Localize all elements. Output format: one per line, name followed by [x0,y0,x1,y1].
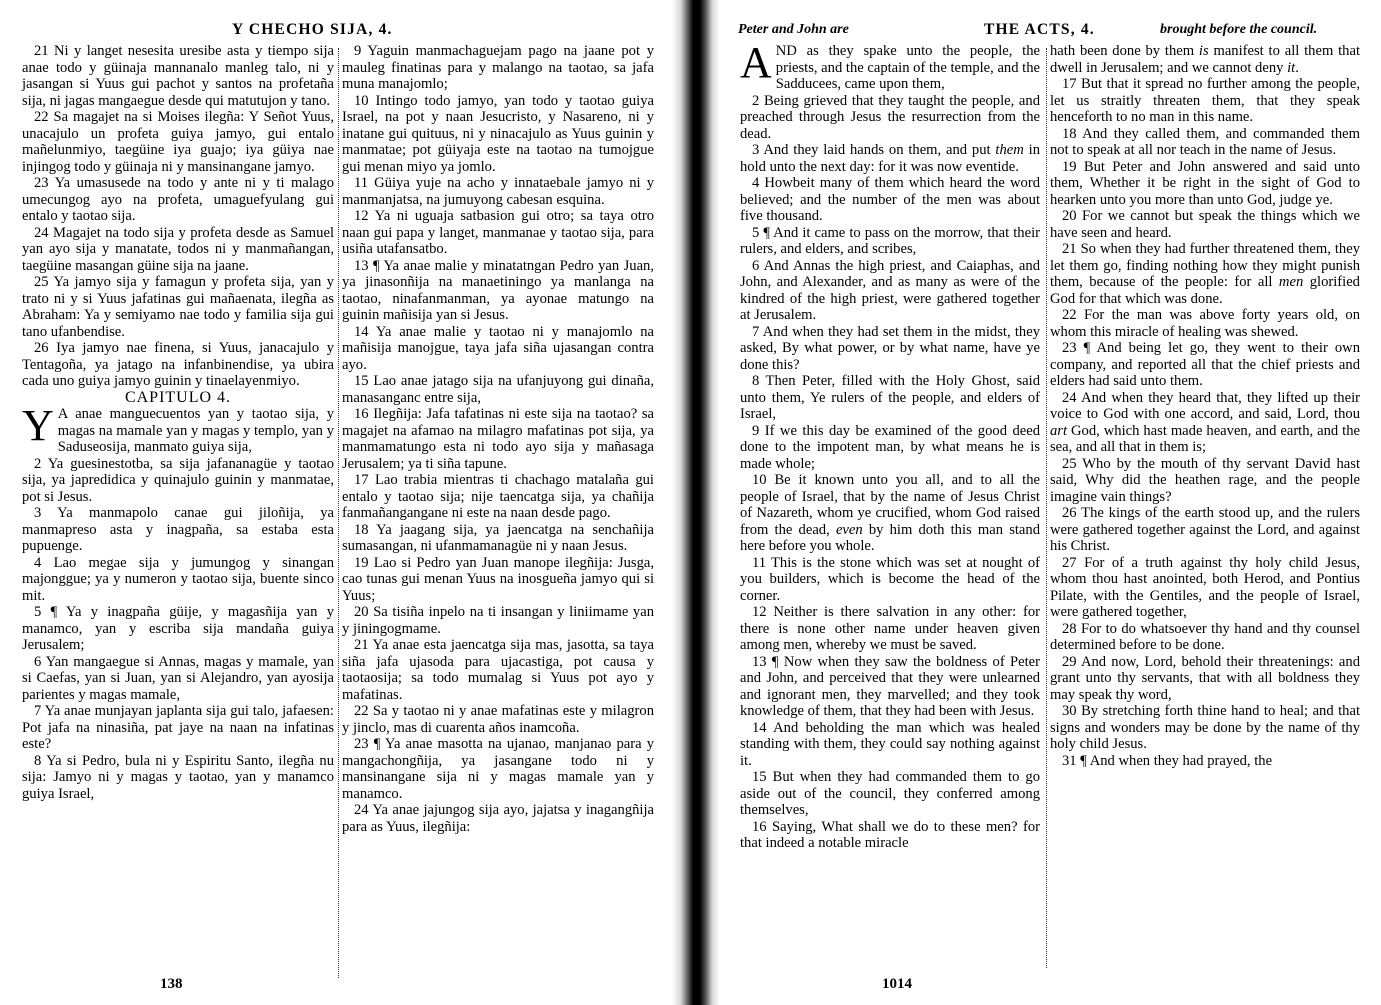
verse-text: A anae manguecuentos yan y taotao sija, … [58,406,334,455]
column-rule [1046,48,1047,968]
verse: 6 And Annas the high priest, and Caiapha… [740,258,1040,324]
verse: 25 Ya jamyo sija y famagun y profeta sij… [22,274,334,340]
italic-word: men [1279,274,1303,290]
verse: 26 Iya jamyo nae finena, si Yuus, janaca… [22,340,334,390]
verse: 23 ¶ And being let go, they went to thei… [1050,340,1360,390]
verse: 24 Magajet na todo sija y profeta desde … [22,225,334,275]
right-page-column-1: AND as they spake unto the people, the p… [740,43,1040,852]
running-head-right: brought before the council. [1160,20,1317,40]
verse: 25 Who by the mouth of thy servant David… [1050,456,1360,506]
verse: 23 Ya umasusede na todo y ante ni y ti m… [22,175,334,225]
verse: 30 By stretching forth thine hand to hea… [1050,703,1360,753]
verse-text: God, which hast made heaven, and earth, … [1050,423,1360,456]
verse: 3 Ya manmapolo canae gui jiloñija, ya ma… [22,505,334,555]
verse-text: ND as they spake unto the people, the pr… [776,43,1040,92]
verse: 2 Being grieved that they taught the peo… [740,93,1040,143]
drop-cap: A [740,45,772,81]
verse: 4 Lao megae sija y jumungog y sinangan m… [22,555,334,605]
verse-text: . [1295,60,1299,76]
verse: 12 Ya ni uguaja satbasion gui otro; sa t… [342,208,654,258]
verse: 21 Ni y langet nesesita uresibe asta y t… [22,43,334,109]
italic-word: art [1050,423,1067,439]
verse: 4 Howbeit many of them which heard the w… [740,175,1040,225]
verse: 28 For to do whatsoever thy hand and thy… [1050,621,1360,654]
book-gutter [672,0,720,1005]
verse: 10 Intingo todo jamyo, yan todo y taotao… [342,93,654,176]
verse: 19 Lao si Pedro yan Juan manope ilegñija… [342,555,654,605]
verse: 20 For we cannot but speak the things wh… [1050,208,1360,241]
right-page-english: Peter and John are THE ACTS, 4. brought … [730,0,1381,1005]
page-number: 138 [160,976,183,993]
verse: 22 Sa magajet na si Moises ilegña: Y Señ… [22,109,334,175]
italic-word: them [995,142,1023,158]
verse: 31 ¶ And when they had prayed, the [1050,753,1360,770]
left-page-column-2: 9 Yaguin manmachaguejam pago na jaane po… [342,43,654,835]
verse-text: hath been done by them [1050,43,1199,59]
verse-3: 3 And they laid hands on them, and put t… [740,142,1040,175]
chapter-heading: CAPITULO 4. [22,390,334,407]
verse: 21 Ya anae esta jaencatga sija mas, jaso… [342,637,654,703]
verse: 23 ¶ Ya anae masotta na ujanao, manjanao… [342,736,654,802]
verse: 12 Neither is there salvation in any oth… [740,604,1040,654]
column-rule [338,48,339,978]
verse: 26 The kings of the earth stood up, and … [1050,505,1360,555]
verse-16-continued: hath been done by them is manifest to al… [1050,43,1360,76]
verse: 14 Ya anae malie y taotao ni y manajomlo… [342,324,654,374]
left-page-chamorro: Y CHECHO SIJA, 4. 21 Ni y langet nesesit… [0,0,680,1005]
verse-24: 24 And when they heard that, they lifted… [1050,390,1360,456]
verse: 17 But that it spread no further among t… [1050,76,1360,126]
verse: 13 ¶ Ya anae malie y minatatngan Pedro y… [342,258,654,324]
verse: 22 For the man was above forty years old… [1050,307,1360,340]
drop-cap: Y [22,408,54,444]
page-number: 1014 [882,976,912,993]
verse: 20 Sa tisiña inpelo na ti insangan y lin… [342,604,654,637]
verse: 16 Saying, What shall we do to these men… [740,819,1040,852]
verse-1: AND as they spake unto the people, the p… [740,43,1040,93]
verse: 5 ¶ And it came to pass on the morrow, t… [740,225,1040,258]
italic-word: it [1287,60,1295,76]
verse: 9 If we this day be examined of the good… [740,423,1040,473]
verse: 2 Ya guesinestotba, sa sija jafananagüe … [22,456,334,506]
running-head-center: THE ACTS, 4. [984,20,1095,40]
verse: 24 Ya anae jajungog sija ayo, jajatsa y … [342,802,654,835]
verse: 7 Ya anae munjayan japlanta sija gui tal… [22,703,334,753]
right-page-column-2: hath been done by them is manifest to al… [1050,43,1360,769]
verse: 9 Yaguin manmachaguejam pago na jaane po… [342,43,654,93]
verse-1: YA anae manguecuentos yan y taotao sija,… [22,406,334,456]
verse-text: 3 And they laid hands on them, and put [752,142,995,158]
italic-word: even [836,522,863,538]
verse: 18 And they called them, and commanded t… [1050,126,1360,159]
verse: 15 But when they had commanded them to g… [740,769,1040,819]
verse: 8 Ya si Pedro, bula ni y Espiritu Santo,… [22,753,334,803]
verse: 7 And when they had set them in the mids… [740,324,1040,374]
verse: 16 Ilegñija: Jafa tafatinas ni este sija… [342,406,654,472]
verse: 11 This is the stone which was set at no… [740,555,1040,605]
left-page-column-1: 21 Ni y langet nesesita uresibe asta y t… [22,43,334,802]
verse: 5 ¶ Ya y inagpaña güije, y magasñija yan… [22,604,334,654]
verse: 8 Then Peter, filled with the Holy Ghost… [740,373,1040,423]
running-head-left: Peter and John are [738,20,849,40]
verse: 27 For of a truth against thy holy child… [1050,555,1360,621]
italic-word: is [1199,43,1209,59]
verse: 15 Lao anae jatago sija na ufanjuyong gu… [342,373,654,406]
verse: 19 But Peter and John answered and said … [1050,159,1360,209]
verse-text: 24 And when they heard that, they lifted… [1050,390,1360,423]
verse: 14 And beholding the man which was heale… [740,720,1040,770]
left-running-head: Y CHECHO SIJA, 4. [232,20,393,40]
verse: 29 And now, Lord, behold their threateni… [1050,654,1360,704]
verse: 6 Yan mangaegue si Annas, magas y mamale… [22,654,334,704]
verse-21: 21 So when they had further threatened t… [1050,241,1360,307]
verse: 17 Lao trabia mientras ti chachago matal… [342,472,654,522]
verse-10: 10 Be it known unto you all, and to all … [740,472,1040,555]
verse: 22 Sa y taotao ni y anae mafatinas este … [342,703,654,736]
verse: 18 Ya jaagang sija, ya jaencatga na senc… [342,522,654,555]
verse: 13 ¶ Now when they saw the boldness of P… [740,654,1040,720]
verse: 11 Güiya yuje na acho y innataebale jamy… [342,175,654,208]
